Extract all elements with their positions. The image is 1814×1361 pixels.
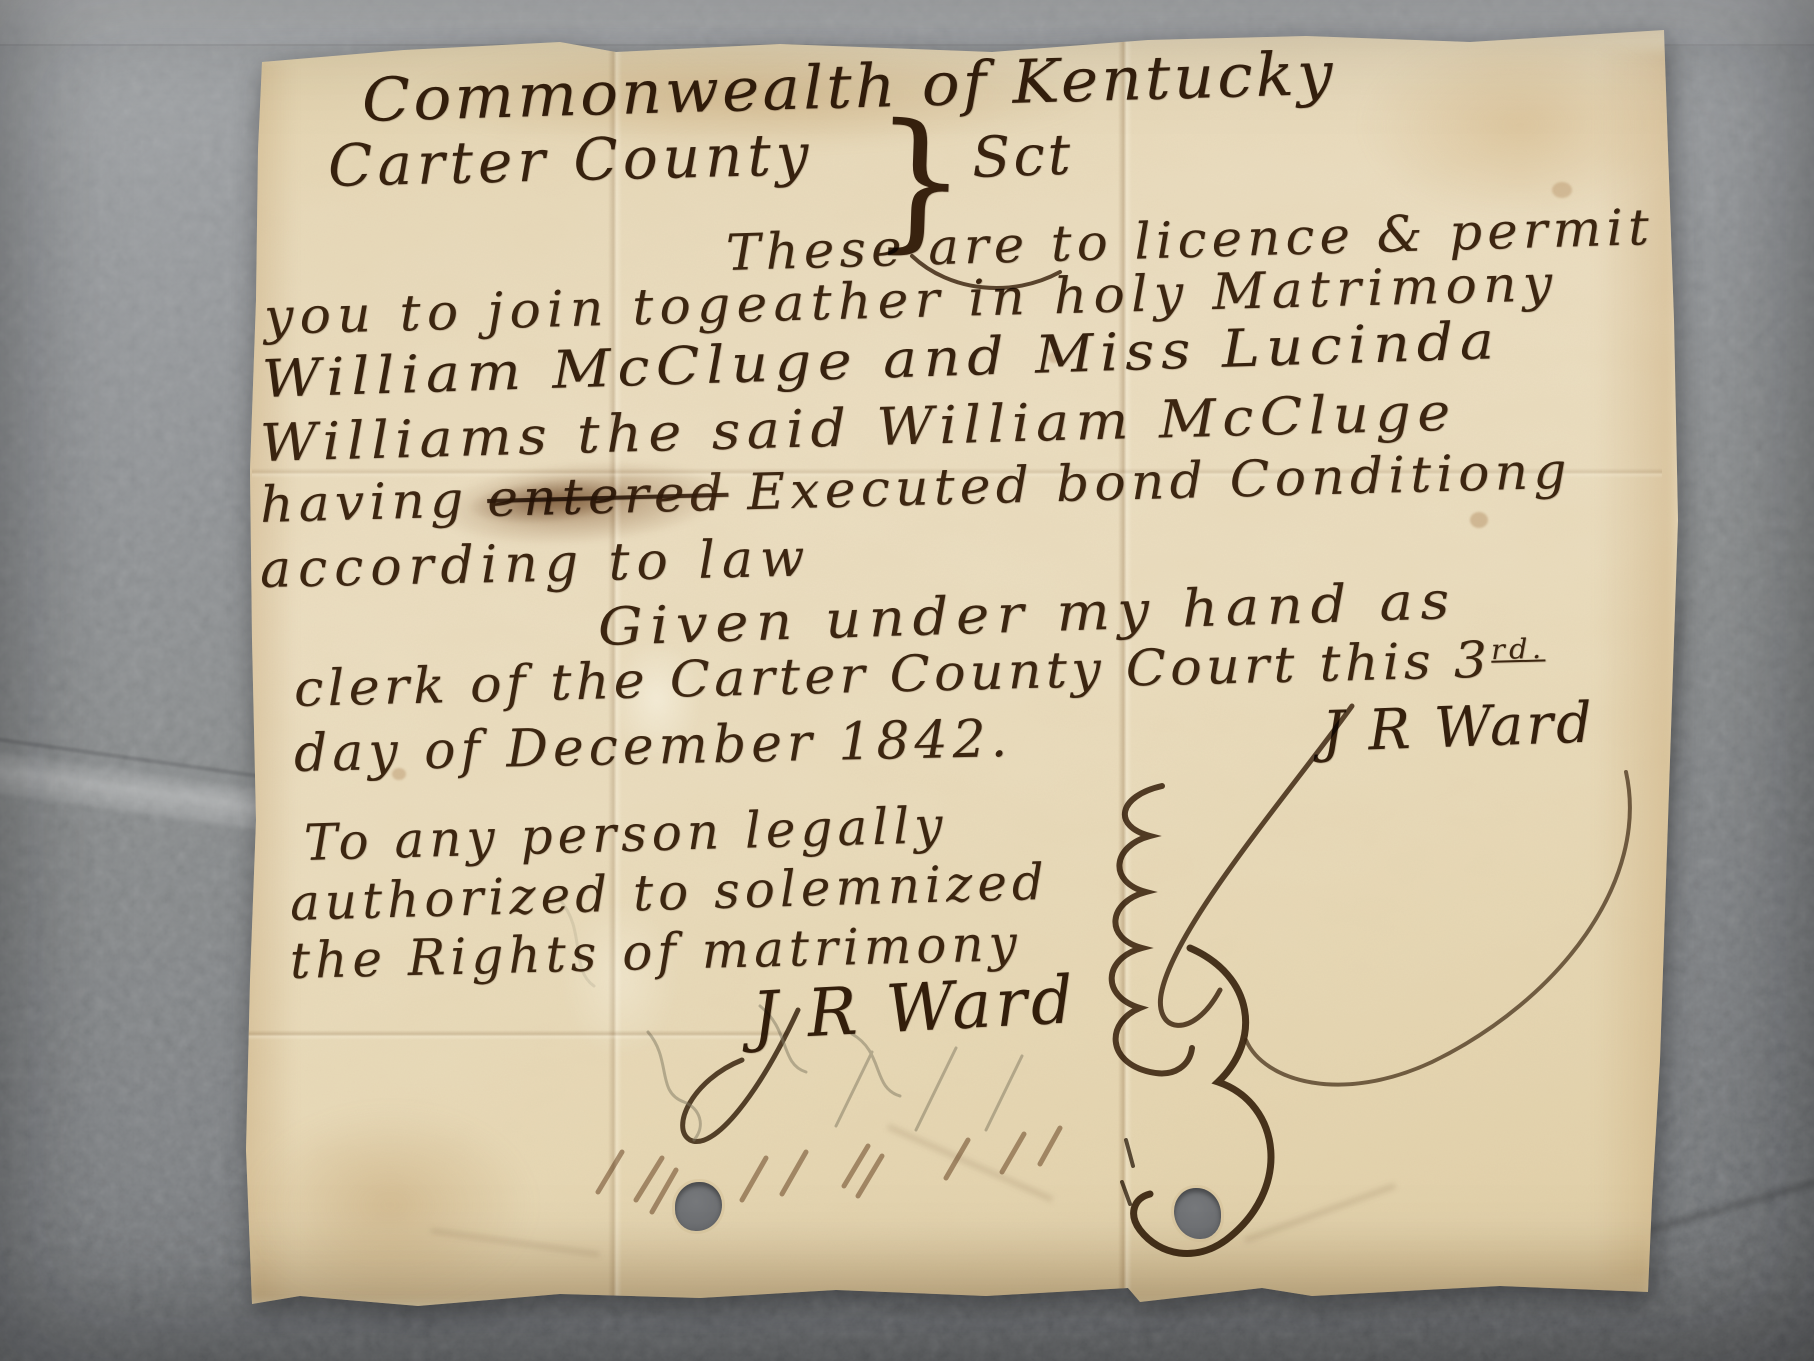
stain-bottom-left [250,1110,530,1300]
address-signature: J R Ward [750,961,1079,1055]
body-line-5-pre: having [259,471,469,534]
wrinkle [1244,1183,1396,1243]
wrinkle [887,1124,1054,1203]
hatch-strokes [598,1128,1060,1212]
body-line-6: according to law [259,528,812,600]
punch-hole-right [1174,1188,1221,1239]
clerk-signature: J R Ward [1321,690,1596,764]
photograph-of-marriage-licence: Commonwealth of Kentucky Carter County }… [0,0,1814,1361]
edge-tint-left [240,60,296,1300]
stain-top-right [1360,30,1680,220]
leather-seam-highlight [0,748,291,834]
attestation-line-3: day of December 1842. [293,709,1012,784]
edge-tint-bottom [250,1224,1650,1304]
leather-crease-right [1643,600,1686,1099]
background-top-light-band [0,0,1814,46]
foxing-spot [1470,512,1488,528]
fold-tear-mark [1126,1140,1133,1166]
wrinkle [430,1228,599,1257]
header-line-commonwealth: Commonwealth of Kentucky [361,39,1337,136]
punch-hole-left [675,1182,722,1231]
struck-word-entered: entered [486,464,729,528]
fold-tear-mark [1122,1182,1130,1204]
header-line-county: Carter County [327,120,814,200]
header-sct-abbrev: Sct [971,122,1074,190]
signature-ward-tail [1246,772,1630,1085]
attestation-day-number: 3 [1453,631,1492,690]
address-brace-squiggle [1112,786,1192,1073]
leather-seam-line [0,735,279,781]
foxing-spot [1552,182,1572,198]
address-signature-brace [1134,948,1271,1253]
attestation-ordinal: rd. [1491,633,1546,666]
horizontal-fold-crease-lower [248,1030,788,1040]
leather-crease-bottom-right [1537,1142,1814,1265]
